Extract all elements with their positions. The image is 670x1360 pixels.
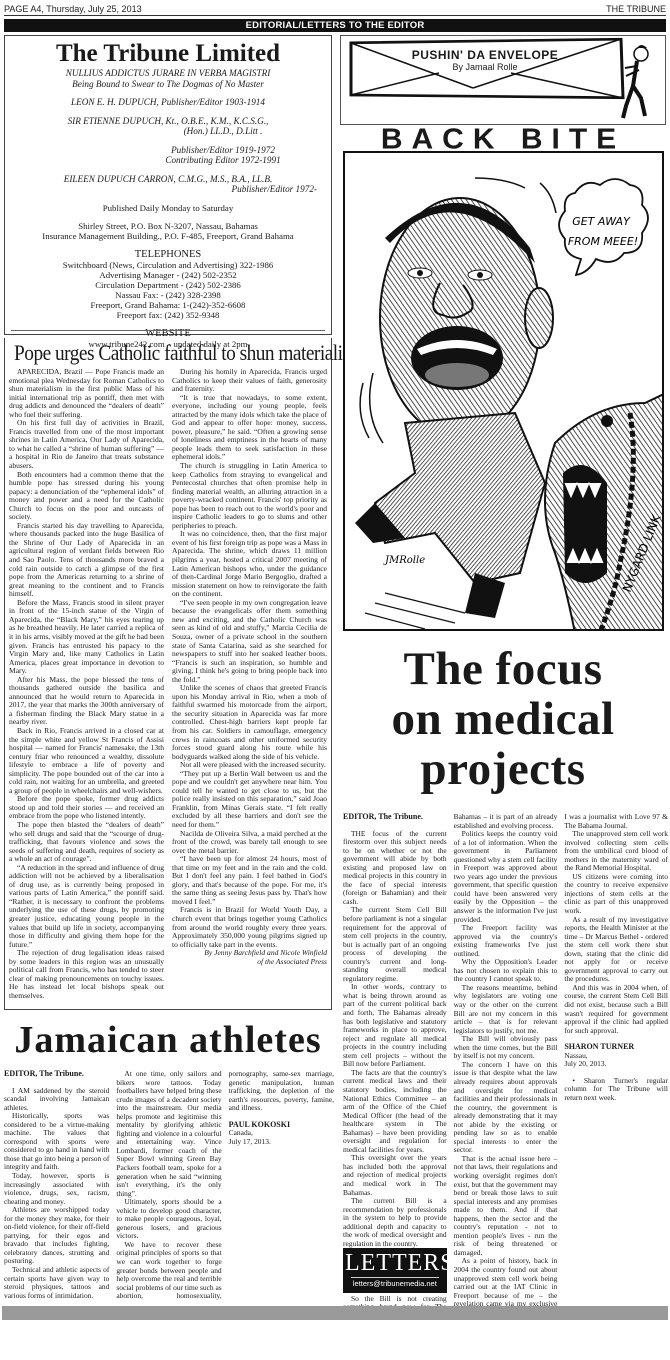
- signature-date: July 20, 2013.: [564, 1060, 668, 1069]
- paragraph: The pope then blasted the “dealers of de…: [9, 821, 164, 864]
- signature-date: July 17, 2013.: [229, 1138, 334, 1147]
- paragraph: Both encounters had a common theme that …: [9, 471, 164, 522]
- cartoonist-signature: JMRolle: [383, 555, 425, 566]
- phone-line: Freeport, Grand Bahama: 1-(242)-352-6608: [5, 300, 331, 310]
- pope-headline: Pope urges Catholic faithful to shun mat…: [14, 340, 322, 366]
- phone-line: Switchboard (News, Circulation and Adver…: [5, 260, 331, 270]
- paragraph: “I've seen people in my own congregation…: [172, 599, 327, 684]
- paragraph: Athletes are worshipped today for the mo…: [4, 1206, 109, 1266]
- paragraph: As a result of my investigative reports,…: [564, 916, 668, 984]
- masthead-current-role: Publisher/Editor 1972-: [5, 184, 331, 195]
- paragraph: The reasons meantime, behind why legisla…: [454, 984, 558, 1035]
- paragraph: Back in Rio, Francis arrived in a closed…: [9, 727, 164, 795]
- paragraph: “They put up a Berlin Wall between us an…: [172, 770, 327, 830]
- banner-title: PUSHIN' DA ENVELOPE: [405, 48, 565, 62]
- letters-badge-title: LETTERS: [345, 1251, 445, 1275]
- paragraph: Ultimately, sports should be a vehicle t…: [116, 1198, 221, 1241]
- masthead-motto-translation: Being Bound to Swear to The Dogmas of No…: [5, 79, 331, 90]
- telephones-heading: TELEPHONES: [5, 249, 331, 260]
- letters-badge: LETTERS letters@tribunemedia.net: [343, 1248, 447, 1293]
- page-date: PAGE A4, Thursday, July 25, 2013: [4, 4, 142, 14]
- paragraph: THE focus of the current firestorm over …: [343, 830, 447, 907]
- paragraph: Why the Opposition's Leader has not chos…: [454, 958, 558, 984]
- paragraph: In other words, contrary to what is bein…: [343, 983, 447, 1068]
- section-bar: EDITORIAL/LETTERS TO THE EDITOR: [4, 19, 666, 32]
- letters-email-link[interactable]: letters@tribunemedia.net: [345, 1280, 445, 1289]
- paper-name: THE TRIBUNE: [606, 4, 666, 14]
- salutation: EDITOR, The Tribune.: [4, 1070, 109, 1079]
- cartoon-series-title: BACK BITE: [340, 127, 666, 154]
- masthead-founder: LEON E. H. DUPUCH, Publisher/Editor 1903…: [5, 97, 331, 108]
- editor-note: • Sharon Turner's regular column for The…: [564, 1077, 668, 1103]
- paragraph: This oversight over the years has includ…: [343, 1154, 447, 1197]
- paragraph: It was no coincidence, then, that the fi…: [172, 530, 327, 598]
- headline-line: The focus: [340, 644, 666, 694]
- pope-article-body: APARECIDA, Brazil — Pope Francis made an…: [9, 368, 327, 1008]
- masthead-box: The Tribune Limited NULLIUS ADDICTUS JUR…: [4, 35, 332, 335]
- speech-text-1: GET AWAY: [572, 215, 631, 228]
- salutation: EDITOR, The Tribune.: [343, 813, 447, 822]
- paragraph: Unlike the scenes of chaos that greeted …: [172, 684, 327, 761]
- banner-author: By Jamaal Rolle: [405, 62, 565, 72]
- paragraph: The facts are that the country's current…: [343, 1069, 447, 1154]
- paragraph: During his homily in Aparecida, Francis …: [172, 368, 327, 394]
- pope-article: Pope urges Catholic faithful to shun mat…: [4, 338, 332, 1010]
- paragraph: The rejection of drug legalisation ideas…: [9, 949, 164, 1000]
- medical-letter: EDITOR, The Tribune. THE focus of the cu…: [343, 813, 668, 1323]
- cartoon-illustration: GET AWAY FROM MEEE! NYGARD LINK JMRolle: [345, 153, 664, 631]
- masthead-address2: Insurance Management Building., P.O. F-4…: [5, 231, 331, 241]
- paragraph: The Freeport facility was approved via t…: [454, 924, 558, 958]
- paragraph: The current Bill is a recommendation by …: [343, 1197, 447, 1248]
- page-footer-bar: [2, 1306, 668, 1320]
- masthead-title: The Tribune Limited: [5, 40, 331, 68]
- paragraph: Francis started his day travelling to Ap…: [9, 522, 164, 599]
- byline-agency: of the Associated Press: [172, 958, 327, 967]
- paragraph: Nacilda de Oliveira Silva, a maid perche…: [172, 830, 327, 856]
- jamaica-letter-headline: Jamaican athletes: [2, 1020, 334, 1060]
- paragraph: Before the Mass, Francis stood in silent…: [9, 599, 164, 676]
- masthead-motto: NULLIUS ADDICTUS JURARE IN VERBA MAGISTR…: [5, 68, 331, 79]
- paragraph: The unapproved stem cell work involved c…: [564, 830, 668, 873]
- headline-line: projects: [340, 744, 666, 794]
- paragraph: “I have been up for almost 24 hours, mos…: [172, 855, 327, 906]
- paragraph: Today, however, sports is increasingly a…: [4, 1172, 109, 1206]
- masthead-role1: Publisher/Editor 1919-1972: [5, 145, 331, 156]
- paragraph: After his Mass, the pope blessed the ten…: [9, 676, 164, 727]
- paragraph: I AM saddened by the steroid scandal inv…: [4, 1087, 109, 1113]
- paragraph: Before the pope spoke, former drug addic…: [9, 795, 164, 821]
- paragraph: And this was in 2004 when, of course, th…: [564, 984, 668, 1035]
- paragraph: On his first full day of activities in B…: [9, 419, 164, 470]
- masthead-current-publisher: EILEEN DUPUCH CARRON, C.M.G., M.S., B.A.…: [5, 174, 331, 185]
- paragraph: Historically, sports was considered to b…: [4, 1112, 109, 1172]
- phone-line: Advertising Manager - (242) 502-2352: [5, 270, 331, 280]
- masthead-second-publisher: SIR ETIENNE DUPUCH, Kt., O.B.E., K.M., K…: [5, 116, 331, 127]
- medical-letter-headline: The focus on medical projects: [340, 644, 666, 794]
- paragraph: Politics keeps the country void of a lot…: [454, 830, 558, 924]
- page-header: PAGE A4, Thursday, July 25, 2013 THE TRI…: [4, 2, 666, 16]
- paragraph: “It is true that nowadays, to some exten…: [172, 394, 327, 462]
- paragraph: Francis is in Brazil for World Youth Day…: [172, 906, 327, 949]
- masthead-schedule: Published Daily Monday to Saturday: [5, 203, 331, 213]
- editorial-cartoon: GET AWAY FROM MEEE! NYGARD LINK JMRolle: [343, 151, 664, 631]
- phone-line: Freeport fax: (242) 352-9348: [5, 310, 331, 320]
- paragraph: “A reduction in the spread and influence…: [9, 864, 164, 949]
- paragraph: US citizens were coming into the country…: [564, 873, 668, 916]
- jamaica-letter: EDITOR, The Tribune. I AM saddened by th…: [4, 1070, 334, 1325]
- paragraph: That is the actual issue here – not that…: [454, 1155, 558, 1258]
- paragraph: The current Stem Cell Bill before parlia…: [343, 906, 447, 983]
- paragraph: The Bill will obviously pass when the ti…: [454, 1035, 558, 1061]
- cartoon-banner: PUSHIN' DA ENVELOPE By Jamaal Rolle: [340, 35, 666, 125]
- paragraph: The church is struggling in Latin Americ…: [172, 462, 327, 530]
- masthead-honours: (Hon.) LL.D., D.Litt .: [5, 126, 331, 137]
- paragraph: At one time, only sailors and bikers wor…: [116, 1070, 221, 1198]
- speech-text-2: FROM MEEE!: [568, 235, 638, 248]
- paragraph: APARECIDA, Brazil — Pope Francis made an…: [9, 368, 164, 419]
- paragraph: The concern I have on this issue is that…: [454, 1061, 558, 1155]
- paragraph: Technical and athletic aspects of certai…: [4, 1266, 109, 1300]
- phone-line: Circulation Department - (242) 502-2386: [5, 280, 331, 290]
- masthead-role2: Contributing Editor 1972-1991: [5, 155, 331, 166]
- headline-line: on medical: [340, 694, 666, 744]
- phone-line: Nassau Fax: - (242) 328-2398: [5, 290, 331, 300]
- masthead-address1: Shirley Street, P.O. Box N-3207, Nassau,…: [5, 221, 331, 231]
